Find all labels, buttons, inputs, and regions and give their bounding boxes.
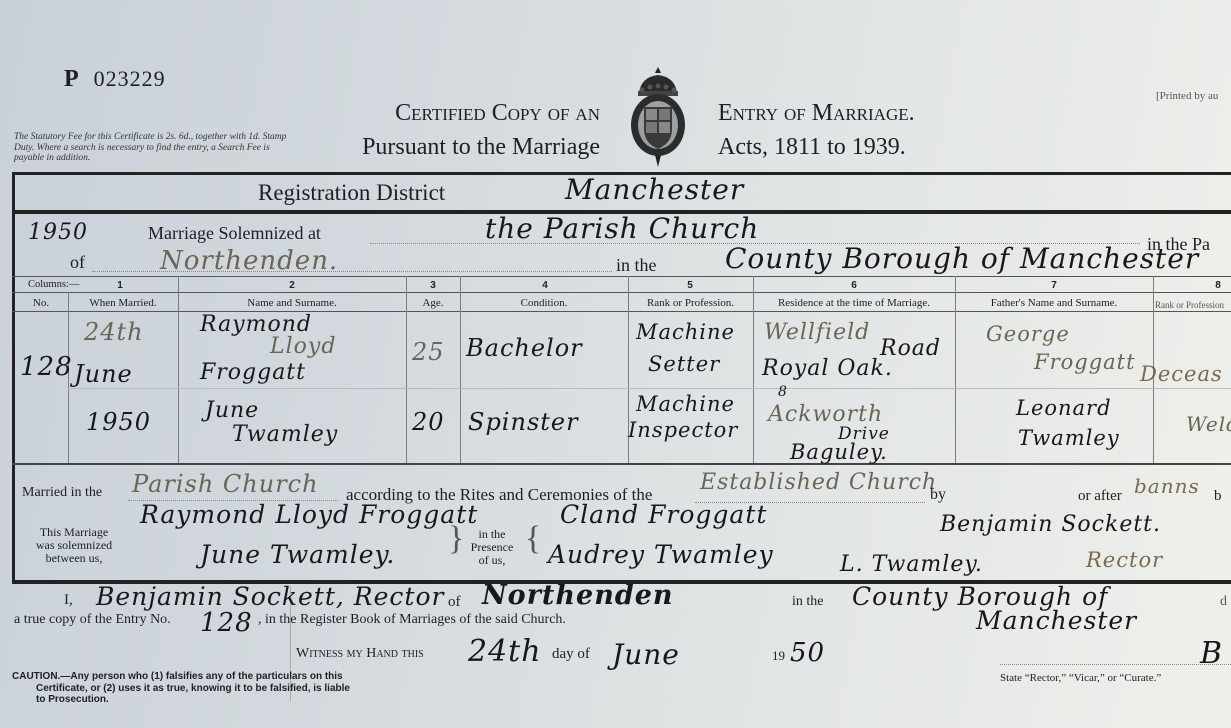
groom-middle-name: Lloyd xyxy=(270,334,336,359)
year-suffix: 50 xyxy=(790,638,825,668)
caution-title: CAUTION. xyxy=(12,671,60,682)
column-number: 7 xyxy=(1044,280,1064,291)
in-the-label: in the xyxy=(616,255,657,276)
columns-label: Columns:— xyxy=(28,279,79,290)
column-header-residence: Residence at the time of Marriage. xyxy=(753,297,955,309)
date-year: 1950 xyxy=(86,408,151,436)
rites-value: Established Church xyxy=(700,470,937,495)
groom-profession-line2: Setter xyxy=(648,352,720,376)
presence-line: of us, xyxy=(462,554,522,567)
witness-month: June xyxy=(612,638,680,671)
true-copy-label: a true copy of the Entry No. xyxy=(14,612,171,628)
officiant-signature: Benjamin Sockett. xyxy=(940,512,1161,537)
rule-divider xyxy=(12,311,1231,312)
witness-2-signature: Audrey Twamley xyxy=(548,540,774,569)
certification-entry-number: 128 xyxy=(200,608,253,638)
of-label: of xyxy=(70,252,85,273)
row-divider xyxy=(68,388,1231,389)
column-number: 2 xyxy=(282,280,302,291)
or-after-value: banns xyxy=(1134,474,1200,498)
certifier-name: Benjamin Sockett, Rector xyxy=(96,582,444,611)
parish-value: Northenden. xyxy=(160,246,338,276)
column-number: 3 xyxy=(423,280,443,291)
bride-residence-line3: Baguley. xyxy=(790,440,888,464)
title-left: Certified Copy of an Pursuant to the Mar… xyxy=(300,96,600,164)
day-of-label: day of xyxy=(552,646,590,663)
entry-number: 128 xyxy=(20,352,73,382)
rule-divider xyxy=(12,276,1231,277)
solemnized-at-value: the Parish Church xyxy=(485,212,759,245)
solemnized-at-label: Marriage Solemnized at xyxy=(148,223,321,244)
bride-condition: Spinster xyxy=(468,408,579,436)
column-header-when-married: When Married. xyxy=(68,297,178,309)
groom-surname: Froggatt xyxy=(200,360,306,385)
column-header-rank-profession: Rank or Profession. xyxy=(628,297,753,309)
column-header-father-profession: Rank or Profession xyxy=(1155,300,1231,310)
certification-of-label: of xyxy=(448,594,461,611)
certifier-signature-fragment: B xyxy=(1200,636,1223,671)
certification-do-label: d xyxy=(1220,594,1227,610)
groom-profession-line1: Machine xyxy=(636,320,735,344)
registration-district-value: Manchester xyxy=(565,173,744,206)
witness-1-signature: Cland Froggatt xyxy=(560,500,767,529)
presence-label: in the Presence of us, xyxy=(462,528,522,567)
caution-line3: to Prosecution. xyxy=(12,694,442,706)
brace-left: { xyxy=(525,520,541,558)
witness-3-signature: L. Twamley. xyxy=(840,552,983,577)
groom-signature: Raymond Lloyd Froggatt xyxy=(140,500,478,529)
caution-notice: CAUTION.—Any person who (1) falsifies an… xyxy=(12,671,442,706)
rule-divider xyxy=(12,463,1231,465)
groom-age: 25 xyxy=(412,338,445,366)
groom-father-surname: Froggatt xyxy=(1034,350,1136,374)
bride-profession-line2: Inspector xyxy=(628,418,738,442)
groom-father-profession: Deceas xyxy=(1140,362,1223,386)
or-after-label: or after xyxy=(1078,488,1122,505)
witness-my-hand-label: Witness my Hand this xyxy=(296,646,424,662)
groom-residence-line3: Royal Oak. xyxy=(762,356,893,381)
column-number: 8 xyxy=(1208,280,1228,291)
witness-day: 24th xyxy=(468,634,542,669)
title-left-line2: Pursuant to the Marriage xyxy=(300,130,600,164)
state-title-note: State “Rector,” “Vicar,” or “Curate.” xyxy=(1000,672,1161,684)
between-line: between us, xyxy=(26,552,122,565)
certification-in-the-label: in the xyxy=(792,594,824,610)
bride-father-surname: Twamley xyxy=(1018,426,1120,450)
title-left-line1: Certified Copy of an xyxy=(300,96,600,130)
by-label: by xyxy=(930,486,946,504)
registration-district-label: Registration District xyxy=(258,180,445,206)
bride-residence-house-number: 8 xyxy=(778,384,788,400)
certificate-series-mark: P xyxy=(64,66,80,92)
caution-line2: Certificate, or (2) uses it as true, kno… xyxy=(12,683,442,695)
printed-by-note: [Printed by au xyxy=(1156,90,1218,102)
certifier-i-label: I, xyxy=(64,592,73,609)
groom-residence-line1: Wellfield xyxy=(764,320,870,345)
bride-signature: June Twamley. xyxy=(200,540,395,569)
register-year: 1950 xyxy=(28,220,88,245)
bride-age: 20 xyxy=(412,408,445,436)
column-number: 6 xyxy=(844,280,864,291)
date-day: 24th xyxy=(84,318,144,346)
groom-father-first: George xyxy=(986,322,1070,346)
caution-line1: —Any person who (1) falsifies any of the… xyxy=(60,671,342,682)
certification-parish: Northenden xyxy=(482,580,674,611)
column-header-no: No. xyxy=(14,297,68,309)
royal-coat-of-arms-icon xyxy=(627,65,689,170)
column-number: 4 xyxy=(535,280,555,291)
married-in-value: Parish Church xyxy=(132,470,319,498)
column-number: 5 xyxy=(680,280,700,291)
year-prefix: 19 xyxy=(772,648,785,664)
column-number: 1 xyxy=(110,280,130,291)
certification-county-line2: Manchester xyxy=(976,606,1137,635)
bride-father-profession: Welde xyxy=(1186,412,1231,436)
date-month: June xyxy=(74,360,133,388)
between-us-label: This Marriage was solemnized between us, xyxy=(26,526,122,565)
bride-surname: Twamley xyxy=(232,422,338,447)
bride-first-name: June xyxy=(205,398,259,423)
column-header-condition: Condition. xyxy=(460,297,628,309)
county-value: County Borough of Manchester xyxy=(725,242,1199,275)
statutory-fee-note: The Statutory Fee for this Certificate i… xyxy=(14,132,299,164)
b-label: b xyxy=(1214,488,1222,505)
groom-condition: Bachelor xyxy=(466,334,583,362)
officiant-title: Rector xyxy=(1086,548,1163,572)
column-header-father-name: Father's Name and Surname. xyxy=(955,297,1153,309)
rule-divider xyxy=(12,292,1231,293)
fill-line xyxy=(1000,664,1231,665)
bride-profession-line1: Machine xyxy=(636,392,735,416)
column-header-age: Age. xyxy=(406,297,460,309)
title-right: Entry of Marriage. Acts, 1811 to 1939. xyxy=(718,96,915,164)
married-in-label: Married in the xyxy=(22,485,102,501)
bride-father-first: Leonard xyxy=(1016,396,1112,420)
certificate-number: P023229 xyxy=(64,66,166,93)
title-right-line2: Acts, 1811 to 1939. xyxy=(718,130,915,164)
certificate-number-value: 023229 xyxy=(94,66,166,91)
register-book-label: , in the Register Book of Marriages of t… xyxy=(258,612,566,628)
column-header-name: Name and Surname. xyxy=(178,297,406,309)
title-right-line1: Entry of Marriage. xyxy=(718,96,915,130)
